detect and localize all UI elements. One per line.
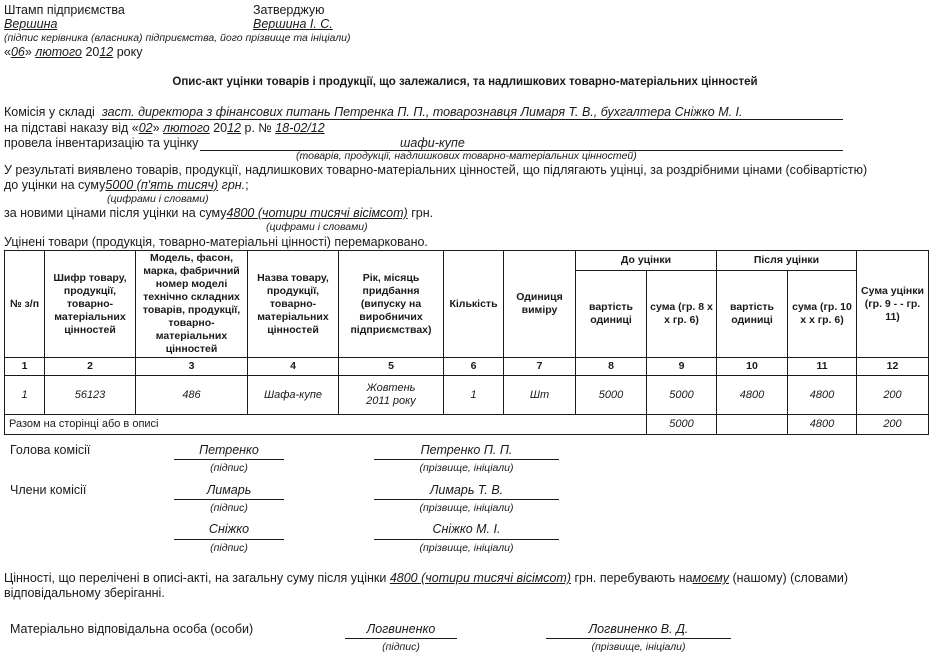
remarked-text: Уцінені товари (продукція, товарно-матер… [4, 235, 428, 249]
cell-model: 486 [136, 376, 248, 415]
sign-caption: (підпис) [345, 641, 457, 653]
cell-date-line1: Жовтень [341, 382, 441, 395]
date-close-quote: » [25, 45, 32, 59]
table-total-row: Разом на сторінці або в описі 5000 4800 … [5, 415, 929, 435]
cell-sum-after: 4800 [788, 376, 857, 415]
name-line [546, 638, 731, 639]
name-line [374, 459, 559, 460]
approve-value: Вершина І. С. [253, 17, 333, 31]
stamp-label: Штамп підприємства [4, 3, 125, 17]
name-member-2: Сніжко М. І. [374, 522, 559, 536]
header-qty: Кількість [444, 251, 504, 358]
custody-text-middle: грн. перебувають на [574, 571, 692, 585]
colnum: 5 [339, 358, 444, 376]
header-no: № з/п [5, 251, 45, 358]
colnum: 1 [5, 358, 45, 376]
colnum: 11 [788, 358, 857, 376]
colnum: 7 [504, 358, 576, 376]
header-name: Назва товару, продукції, товарно-матеріа… [248, 251, 339, 358]
header-sum-before: сума (гр. 8 х х гр. 6) [647, 271, 717, 358]
signature-line [174, 539, 284, 540]
order-year-suffix: 12 [227, 121, 241, 135]
signature-member-1: Лимарь [174, 483, 284, 497]
colnum: 6 [444, 358, 504, 376]
stamp-value: Вершина [4, 17, 57, 31]
name-caption: (прізвище, ініціали) [374, 462, 559, 474]
cell-unit: Шт [504, 376, 576, 415]
colnum: 8 [576, 358, 647, 376]
order-day: 02 [139, 121, 153, 135]
before-caption: (цифрами і словами) [107, 193, 209, 205]
date-month: лютого [35, 45, 82, 59]
total-price-after-empty [717, 415, 788, 435]
name-line [374, 539, 559, 540]
colnum: 2 [45, 358, 136, 376]
order-label: на підставі наказу від [4, 121, 128, 135]
name-caption: (прізвище, ініціали) [546, 641, 731, 653]
header-group-before: До уцінки [576, 251, 717, 271]
cell-code: 56123 [45, 376, 136, 415]
header-unit: Одиниця виміру [504, 251, 576, 358]
signature-member-2: Сніжко [174, 522, 284, 536]
name-caption: (прізвище, ініціали) [374, 542, 559, 554]
header-date: Рік, місяць придбання (випуску на виробн… [339, 251, 444, 358]
document-title: Опис-акт уцінки товарів і продукції, що … [0, 76, 930, 88]
responsible-signature: Логвиненко [345, 622, 457, 636]
header-model: Модель, фасон, марка, фабричний номер мо… [136, 251, 248, 358]
colnum: 9 [647, 358, 717, 376]
after-caption: (цифрами і словами) [266, 221, 368, 233]
commission-label: Комісія у складі [4, 105, 95, 119]
order-year-word: р. № [245, 121, 272, 135]
commission-value: заст. директора з фінансових питань Петр… [102, 105, 743, 119]
total-sum-before: 5000 [647, 415, 717, 435]
signature-chair: Петренко [174, 443, 284, 457]
header-price-before: вартість одиниці [576, 271, 647, 358]
before-value: 5000 (п'ять тисяч) [105, 178, 218, 192]
after-value: 4800 (чотири тисячі вісімсот) [227, 206, 408, 220]
members-label: Члени комісії [10, 483, 86, 497]
date-year-word: року [117, 45, 143, 59]
custody-amount: 4800 (чотири тисячі вісімсот) [390, 571, 571, 585]
cell-name: Шафа-купе [248, 376, 339, 415]
custody-line2: відповідальному зберіганні. [4, 586, 165, 600]
cell-price-after: 4800 [717, 376, 788, 415]
date-day: 06 [11, 45, 25, 59]
name-member-1: Лимарь Т. В. [374, 483, 559, 497]
custody-text-before: Цінності, що перелічені в описі-акті, на… [4, 571, 386, 585]
cell-date-line2: 2011 року [341, 395, 441, 408]
custody-line: Цінності, що перелічені в описі-акті, на… [4, 571, 848, 585]
order-number: 18-02/12 [275, 121, 324, 135]
inventory-label: провела інвентаризацію та уцінку [4, 136, 198, 150]
after-currency: грн. [411, 206, 433, 220]
header-price-after: вартість одиниці [717, 271, 788, 358]
signature-line [174, 459, 284, 460]
result-line: У результаті виявлено товарів, продукції… [4, 163, 867, 177]
total-markdown: 200 [857, 415, 929, 435]
name-caption: (прізвище, ініціали) [374, 502, 559, 514]
name-line [374, 499, 559, 500]
commission-underline-b [443, 119, 843, 120]
colnum: 12 [857, 358, 929, 376]
header-sum-after: сума (гр. 10 х х гр. 6) [788, 271, 857, 358]
inventory-value: шафи-купе [400, 136, 465, 150]
signature-caption: (підпис керівника (власника) підприємств… [4, 32, 351, 44]
responsible-name: Логвиненко В. Д. [546, 622, 731, 636]
date-open-quote: « [4, 45, 11, 59]
approve-label: Затверджую [253, 3, 325, 17]
date-year-prefix: 20 [85, 45, 99, 59]
colnum: 3 [136, 358, 248, 376]
cell-no: 1 [5, 376, 45, 415]
total-sum-after: 4800 [788, 415, 857, 435]
cell-markdown: 200 [857, 376, 929, 415]
order-year-prefix: 20 [213, 121, 227, 135]
header-code: Шифр товару, продукції, товарно-матеріал… [45, 251, 136, 358]
cell-date: Жовтень 2011 року [339, 376, 444, 415]
custody-text-after: (нашому) (словами) [732, 571, 848, 585]
sign-caption: (підпис) [174, 542, 284, 554]
before-currency: грн. [222, 178, 245, 192]
table-row: 1 56123 486 Шафа-купе Жовтень 2011 року … [5, 376, 929, 415]
responsible-person-label: Матеріально відповідальна особа (особи) [10, 622, 253, 636]
sign-caption: (підпис) [174, 502, 284, 514]
commission-underline-a [100, 119, 443, 120]
order-line: на підставі наказу від «02» лютого 2012 … [4, 121, 325, 135]
header-date: «06» лютого 2012 року [4, 45, 143, 59]
after-line: за новими цінами після уцінки на суму480… [4, 206, 433, 220]
before-line: до уцінки на суму5000 (п'ять тисяч) грн.… [4, 178, 249, 192]
before-tail: ; [245, 178, 248, 192]
custody-pronoun: моєму [693, 571, 729, 585]
cell-sum-before: 5000 [647, 376, 717, 415]
name-chair: Петренко П. П. [374, 443, 559, 457]
before-label: до уцінки на суму [4, 178, 105, 192]
inventory-caption: (товарів, продукції, надлишкових товарно… [296, 150, 637, 162]
markdown-table: № з/п Шифр товару, продукції, товарно-ма… [4, 250, 929, 435]
colnum: 10 [717, 358, 788, 376]
signature-line [345, 638, 457, 639]
colnum: 4 [248, 358, 339, 376]
cell-price-before: 5000 [576, 376, 647, 415]
date-year-suffix: 12 [99, 45, 113, 59]
signature-line [174, 499, 284, 500]
cell-qty: 1 [444, 376, 504, 415]
order-month: лютого [163, 121, 210, 135]
chair-label: Голова комісії [10, 443, 90, 457]
total-label: Разом на сторінці або в описі [5, 415, 647, 435]
header-group-after: Після уцінки [717, 251, 857, 271]
sign-caption: (підпис) [174, 462, 284, 474]
after-label: за новими цінами після уцінки на суму [4, 206, 227, 220]
header-markdown: Сума уцінки (гр. 9 - - гр. 11) [857, 251, 929, 358]
